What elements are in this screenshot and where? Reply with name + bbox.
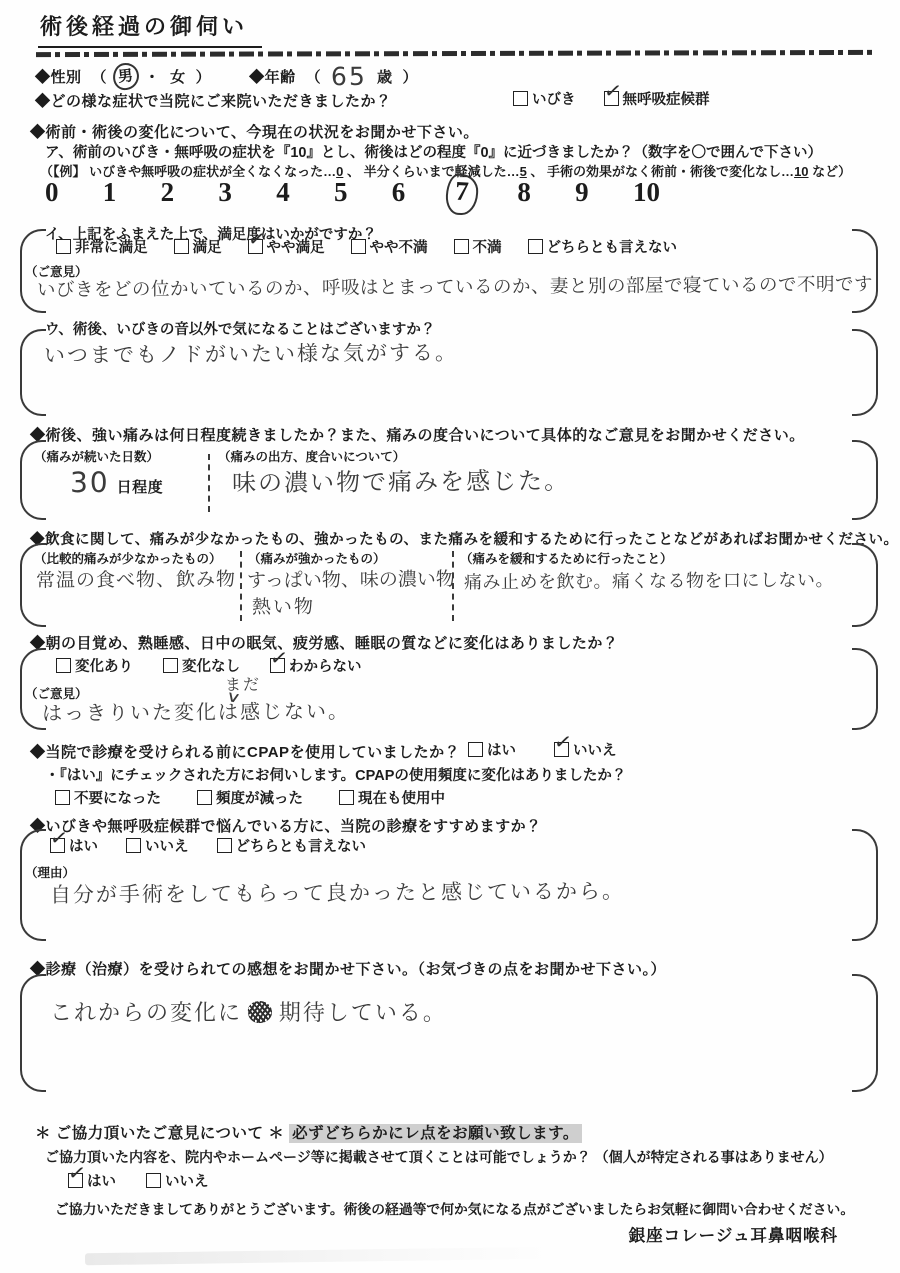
scale-number: 4 xyxy=(276,177,290,212)
pain-days-label: （痛みが続いた日数） xyxy=(34,447,159,465)
scale-number: 9 xyxy=(575,177,589,212)
pain-detail-handwritten: 味の濃い物で痛みを感じた。 xyxy=(232,461,570,498)
checkbox-label: 現在も使用中 xyxy=(358,787,445,808)
checkbox-option: どちらとも言えない xyxy=(528,236,678,257)
paren: （ xyxy=(92,66,108,87)
decorative-dashed-rule xyxy=(36,50,874,57)
answer-box-recommend: はい いいえ どちらとも言えない （理由） 自分が手術をしてもらって良かったと感… xyxy=(20,829,878,941)
page-title: 術後経過の御伺い xyxy=(38,10,262,48)
checkbox-icon xyxy=(55,790,70,805)
consent-heading-highlight: 必ずどちらかにレ点をお願い致します。 xyxy=(289,1124,582,1143)
recommend-options: はい いいえ どちらとも言えない xyxy=(50,835,366,856)
scale-number: 0 xyxy=(45,177,59,212)
scale-number: 2 xyxy=(161,177,175,212)
checkbox-label: はい xyxy=(69,835,98,856)
checkbox-label: 不要になった xyxy=(74,787,161,808)
impression-answer: これからの変化に 期待している。 xyxy=(50,996,447,1027)
cpap-frequency-options: 不要になった 頻度が減った 現在も使用中 xyxy=(55,787,445,808)
checkbox-icon xyxy=(528,239,543,254)
cpap-question: ◆当院で診療を受けられる前にCPAPを使用していましたか？ xyxy=(30,741,460,762)
example-num-10: 10 xyxy=(794,164,808,179)
symptom-question: ◆どの様な症状で当院にご来院いただきましたか？ xyxy=(35,90,392,111)
checkbox-label: 無呼吸症候群 xyxy=(623,88,710,109)
checkbox-option: はい xyxy=(468,739,516,760)
checkbox-icon xyxy=(513,91,528,106)
example-text: など） xyxy=(809,164,852,179)
gender-label: ◆性別 xyxy=(35,66,82,87)
age-label: ◆年齢 xyxy=(249,66,296,87)
pain-days-handwritten: 30 xyxy=(70,466,110,499)
checkbox-icon xyxy=(468,742,483,757)
opinion-handwritten: いびきをどの位かいているのか、呼吸はとまっているのか、妻と別の部屋で寝ているので… xyxy=(37,270,873,302)
checkbox-option: 変化あり xyxy=(56,655,133,676)
checkbox-label: やや満足 xyxy=(267,236,325,257)
gender-separator: ・ xyxy=(145,66,161,87)
answer-box-pain: （痛みが続いた日数） （痛みの出方、度合いについて） 30 日程度 味の濃い物で… xyxy=(20,440,878,520)
symptom-options: いびき 無呼吸症候群 xyxy=(513,88,710,109)
checkbox-icon xyxy=(146,1173,161,1188)
reason-handwritten: 自分が手術をしてもらって良かったと感じているから。 xyxy=(50,875,625,909)
checkbox-label: わからない xyxy=(289,655,362,676)
checkbox-option: 不満 xyxy=(454,236,502,257)
answer-box-food: （比較的痛みが少なかったもの） （痛みが強かったもの） （痛みを緩和するために行… xyxy=(20,543,878,627)
food-col3-label: （痛みを緩和するために行ったこと） xyxy=(460,549,673,567)
food-col1-handwritten: 常温の食べ物、飲み物 xyxy=(36,564,236,592)
scribbled-out-text xyxy=(247,999,274,1024)
checkbox-label: いいえ xyxy=(145,835,189,856)
checkbox-icon xyxy=(174,239,189,254)
checkbox-option: 頻度が減った xyxy=(197,787,303,808)
cpap-subquestion: ・『はい』にチェックされた方にお伺いします。CPAPの使用頻度に変化はありました… xyxy=(45,764,626,785)
checkbox-icon xyxy=(248,239,263,254)
checkbox-label: いいえ xyxy=(573,739,617,760)
checkbox-icon xyxy=(126,838,141,853)
consent-heading-prefix: ＊ ご協力頂いたご意見について ＊ xyxy=(35,1125,289,1142)
scale-number: 1 xyxy=(103,177,117,212)
checkbox-icon xyxy=(50,838,65,853)
checkbox-option: どちらとも言えない xyxy=(217,835,367,856)
checkbox-label: 変化あり xyxy=(75,655,133,676)
scale-number: 6 xyxy=(392,177,406,212)
checkbox-icon xyxy=(270,658,285,673)
clinic-name: 銀座コレージュ耳鼻咽喉科 xyxy=(629,1222,838,1246)
checkbox-option: 満足 xyxy=(174,236,222,257)
checkbox-icon xyxy=(217,838,232,853)
checkbox-option: 非常に満足 xyxy=(56,236,148,257)
checkbox-option: 現在も使用中 xyxy=(339,787,445,808)
scale-number: 8 xyxy=(517,177,531,212)
food-col2-handwritten-line2: 熱い物 xyxy=(252,592,315,619)
question-a: ア、術前のいびき・無呼吸の症状を『10』とし、術後はどの程度『0』に近づきました… xyxy=(45,141,822,162)
checkbox-option: いいえ xyxy=(554,739,617,760)
paren: ） xyxy=(402,66,418,87)
answer-box-satisfaction: 非常に満足 満足 やや満足 やや不満 不満 どちらとも言えない （ご意見） いび… xyxy=(20,229,878,313)
checkbox-label: どちらとも言えない xyxy=(236,835,367,856)
checkbox-option: 不要になった xyxy=(55,787,161,808)
food-col2-handwritten-line1: すっぱい物、味の濃い物 xyxy=(247,564,455,592)
checkbox-icon xyxy=(339,790,354,805)
sleep-answer-handwritten: はっきりいた変化は感じない。 xyxy=(42,695,350,726)
checkbox-option: いびき xyxy=(513,88,576,109)
food-col3-handwritten: 痛み止めを飲む。痛くなる物を口にしない。 xyxy=(464,566,834,595)
answer-box-impression: これからの変化に 期待している。 xyxy=(20,974,878,1092)
pain-days-answer: 30 日程度 xyxy=(70,466,163,499)
checkbox-icon xyxy=(56,658,71,673)
age-value-handwritten: 65 xyxy=(331,62,367,91)
checkbox-option: はい xyxy=(50,835,98,856)
checkbox-label: はい xyxy=(487,739,516,760)
checkbox-option: はい xyxy=(68,1170,116,1191)
checkbox-label: いいえ xyxy=(165,1170,209,1191)
age-unit: 歳 xyxy=(377,66,393,87)
checkbox-option: いいえ xyxy=(126,835,189,856)
column-divider xyxy=(240,551,242,621)
gender-male: 男 xyxy=(112,62,140,92)
answer-box-sleep: 変化あり 変化なし わからない （ご意見） まだ ∨ はっきりいた変化は感じない… xyxy=(20,648,878,730)
impression-handwritten-after: 期待している。 xyxy=(279,1001,447,1026)
checkbox-label: やや不満 xyxy=(370,236,428,257)
checkbox-option: いいえ xyxy=(146,1170,209,1191)
checkbox-label: 非常に満足 xyxy=(75,236,148,257)
section-heading-change: ◆術前・術後の変化について、今現在の状況をお聞かせ下さい。 xyxy=(30,121,479,142)
thanks-text: ご協力いただきましてありがとうございます。術後の経過等で何か気になる点がございま… xyxy=(55,1198,854,1218)
checkbox-label: 頻度が減った xyxy=(216,787,303,808)
checkbox-label: どちらとも言えない xyxy=(547,236,678,257)
checkbox-label: 不満 xyxy=(473,236,502,257)
checkbox-label: はい xyxy=(87,1170,116,1191)
checkbox-icon xyxy=(68,1173,83,1188)
checkbox-icon xyxy=(554,742,569,757)
cpap-options: はい いいえ xyxy=(468,739,617,760)
throat-answer-handwritten: いつまでもノドがいたい様な気がする。 xyxy=(44,337,458,370)
profile-row: ◆性別 （ 男 ・ 女 ） ◆年齢 （ 65 歳 ） xyxy=(35,62,418,91)
paren: （ xyxy=(306,66,322,87)
questionnaire-scan: 術後経過の御伺い ◆性別 （ 男 ・ 女 ） ◆年齢 （ 65 歳 ） ◆どの様… xyxy=(0,0,900,1273)
pain-days-unit: 日程度 xyxy=(117,476,164,497)
answer-box-throat: いつまでもノドがいたい様な気がする。 xyxy=(20,329,878,416)
checkbox-icon xyxy=(351,239,366,254)
checkbox-option: わからない xyxy=(270,655,362,676)
checkbox-label: 満足 xyxy=(193,236,222,257)
checkbox-option: 無呼吸症候群 xyxy=(604,88,710,109)
publish-options: はい いいえ xyxy=(68,1170,209,1191)
consent-heading: ＊ ご協力頂いたご意見について ＊ 必ずどちらかにレ点をお願い致します。 xyxy=(35,1121,582,1143)
sleep-options: 変化あり 変化なし わからない xyxy=(56,655,362,676)
checkbox-icon xyxy=(197,790,212,805)
checkbox-option: やや満足 xyxy=(248,236,325,257)
scale-number: 3 xyxy=(218,177,232,212)
satisfaction-options: 非常に満足 満足 やや満足 やや不満 不満 どちらとも言えない xyxy=(56,236,677,257)
checkbox-icon xyxy=(454,239,469,254)
impression-handwritten-before: これからの変化に xyxy=(50,1001,242,1026)
checkbox-icon xyxy=(163,658,178,673)
checkbox-label: いびき xyxy=(532,88,576,109)
gender-female: 女 xyxy=(170,66,186,87)
checkbox-icon xyxy=(604,91,619,106)
checkbox-icon xyxy=(56,239,71,254)
scale-number: 5 xyxy=(334,177,348,212)
scale-number: 10 xyxy=(633,177,660,212)
checkbox-option: やや不満 xyxy=(351,236,428,257)
scan-shadow-artifact xyxy=(85,1247,555,1266)
column-divider xyxy=(208,454,210,512)
rating-scale: 0 1 2 3 4 5 6 7 8 9 10 xyxy=(45,177,660,212)
scale-number: 7 xyxy=(445,173,479,216)
publish-question: ご協力頂いた内容を、院内やホームページ等に掲載させて頂くことは可能でしょうか？ … xyxy=(45,1147,833,1167)
paren: ） xyxy=(196,66,212,87)
